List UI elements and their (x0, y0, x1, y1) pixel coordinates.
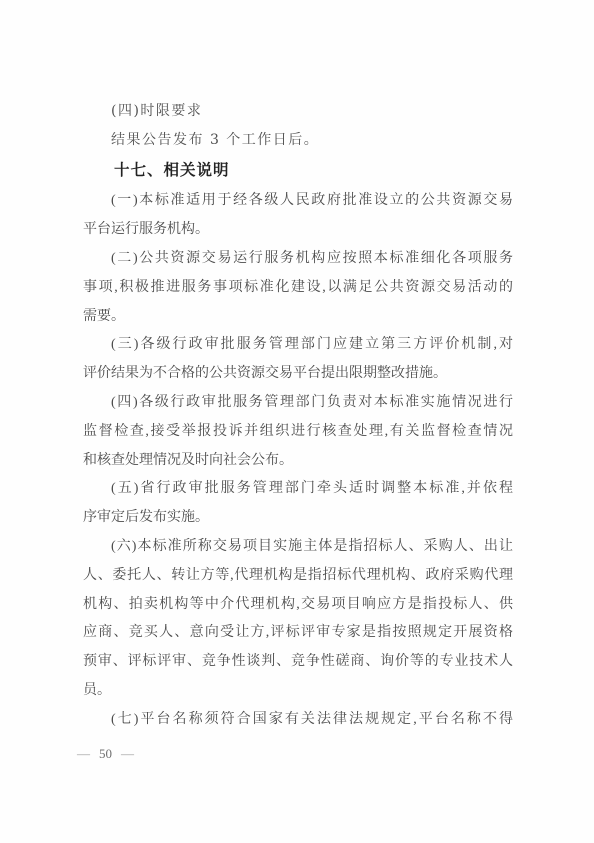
paragraph: (二)公共资源交易运行服务机构应按照本标准细化各项服务事项,积极推进服务事项标准… (83, 245, 513, 331)
paragraph: (四)各级行政审批服务管理部门负责对本标准实施情况进行监督检查,接受举报投诉并组… (83, 389, 513, 475)
text-line: (五)省行政审批服务管理部门牵头适时调整本标准,并依程 (83, 475, 513, 504)
page-footer: — 50 — (77, 746, 134, 762)
document-body: (四)时限要求结果公告发布 3 个工作日后。十七、相关说明(一)本标准适用于经各… (83, 97, 513, 735)
text-line: 监督检查,接受举报投诉并组织进行核查处理,有关监督检查情况 (83, 418, 513, 447)
footer-left-dash: — (77, 746, 90, 762)
text-line: 平台运行服务机构。 (83, 216, 513, 245)
text-line: (四)时限要求 (83, 97, 513, 126)
paragraph: 结果公告发布 3 个工作日后。 (83, 126, 513, 155)
document-page: (四)时限要求结果公告发布 3 个工作日后。十七、相关说明(一)本标准适用于经各… (0, 0, 594, 843)
text-line: 员。 (83, 677, 513, 706)
text-line: 评价结果为不合格的公共资源交易平台提出限期整改措施。 (83, 360, 513, 389)
paragraph: (一)本标准适用于经各级人民政府批准设立的公共资源交易平台运行服务机构。 (83, 187, 513, 245)
text-line: (二)公共资源交易运行服务机构应按照本标准细化各项服务 (83, 245, 513, 274)
paragraph: (七)平台名称须符合国家有关法律法规规定,平台名称不得 (83, 706, 513, 735)
text-line: (六)本标准所称交易项目实施主体是指招标人、采购人、出让 (83, 533, 513, 562)
text-line: 预审、评标评审、竞争性谈判、竞争性磋商、询价等的专业技术人 (83, 648, 513, 677)
paragraph: (六)本标准所称交易项目实施主体是指招标人、采购人、出让人、委托人、转让方等,代… (83, 533, 513, 706)
paragraph: (四)时限要求 (83, 97, 513, 126)
text-line: 结果公告发布 3 个工作日后。 (83, 126, 513, 155)
footer-right-dash: — (121, 746, 134, 762)
text-line: 需要。 (83, 303, 513, 332)
text-line: 事项,积极推进服务事项标准化建设,以满足公共资源交易活动的 (83, 274, 513, 303)
text-line: 十七、相关说明 (83, 157, 513, 186)
section-heading: 十七、相关说明 (83, 157, 513, 186)
text-line: (四)各级行政审批服务管理部门负责对本标准实施情况进行 (83, 389, 513, 418)
text-line: 机构、拍卖机构等中介代理机构,交易项目响应方是指投标人、供 (83, 591, 513, 620)
paragraph: (五)省行政审批服务管理部门牵头适时调整本标准,并依程序审定后发布实施。 (83, 475, 513, 533)
text-line: (七)平台名称须符合国家有关法律法规规定,平台名称不得 (83, 706, 513, 735)
text-line: (一)本标准适用于经各级人民政府批准设立的公共资源交易 (83, 187, 513, 216)
text-line: 和核查处理情况及时向社会公布。 (83, 447, 513, 476)
paragraph: (三)各级行政审批服务管理部门应建立第三方评价机制,对评价结果为不合格的公共资源… (83, 331, 513, 389)
text-line: (三)各级行政审批服务管理部门应建立第三方评价机制,对 (83, 331, 513, 360)
text-line: 人、委托人、转让方等,代理机构是指招标代理机构、政府采购代理 (83, 562, 513, 591)
text-line: 应商、竞买人、意向受让方,评标评审专家是指按照规定开展资格 (83, 619, 513, 648)
text-line: 序审定后发布实施。 (83, 504, 513, 533)
page-number: 50 (99, 746, 112, 762)
